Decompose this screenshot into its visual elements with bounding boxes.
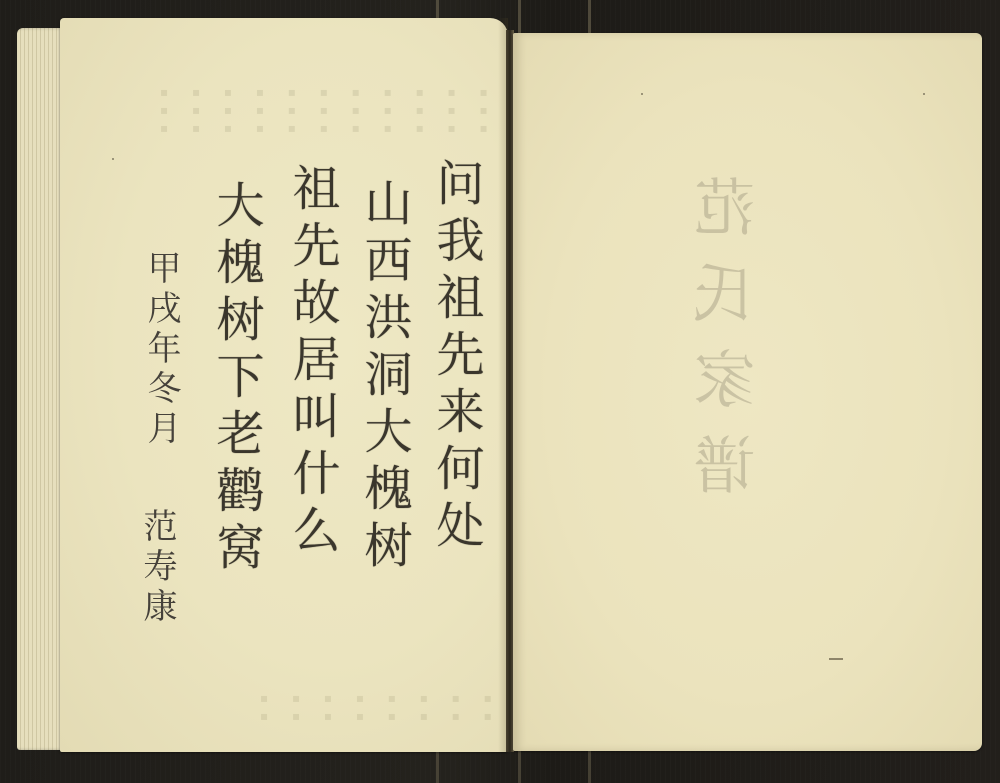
bleed-through-text-bottom: ▪ ▪ ▪ ▪ ▪ ▪ ▪ ▪ <box>260 708 502 724</box>
paper-mark <box>829 658 843 660</box>
calligraphy-column-4: 大槐树下老鹳窝 <box>212 180 260 579</box>
signature-name: 范寿康 <box>140 508 174 628</box>
calligraphy-column-1: 问我祖先来何处 <box>432 158 480 557</box>
calligraphy-column-2: 山西洪洞大槐树 <box>360 178 408 577</box>
calligraphy-column-3: 祖先故居叫什么 <box>288 163 336 562</box>
page-edge-stack <box>17 28 63 750</box>
bleed-through-title: 范氏家谱 <box>685 175 774 519</box>
bleed-through-text-bottom: ▪ ▪ ▪ ▪ ▪ ▪ ▪ ▪ <box>260 690 502 706</box>
paper-speck <box>641 93 643 95</box>
bleed-through-text-top: ▪ ▪ ▪ ▪ ▪ ▪ ▪ ▪ ▪ ▪ ▪ <box>160 84 498 100</box>
left-page: ▪ ▪ ▪ ▪ ▪ ▪ ▪ ▪ ▪ ▪ ▪ ▪ ▪ ▪ ▪ ▪ ▪ ▪ ▪ ▪ … <box>60 18 508 752</box>
signature-date: 甲戌年冬月 <box>144 250 178 450</box>
paper-speck <box>112 158 114 160</box>
book-photo-scene: ▪ ▪ ▪ ▪ ▪ ▪ ▪ ▪ ▪ ▪ ▪ ▪ ▪ ▪ ▪ ▪ ▪ ▪ ▪ ▪ … <box>0 0 1000 783</box>
bleed-through-text-top: ▪ ▪ ▪ ▪ ▪ ▪ ▪ ▪ ▪ ▪ ▪ <box>160 120 498 136</box>
paper-speck <box>923 93 925 95</box>
bleed-through-text-top: ▪ ▪ ▪ ▪ ▪ ▪ ▪ ▪ ▪ ▪ ▪ <box>160 102 498 118</box>
